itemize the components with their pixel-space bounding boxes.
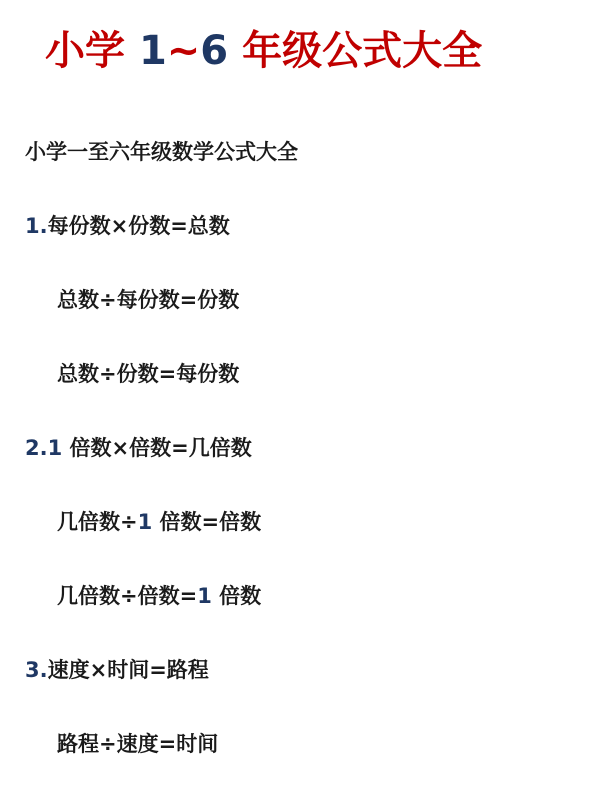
page-title: 小学 1~6 年级公式大全	[45, 28, 615, 74]
subtitle: 小学一至六年级数学公式大全	[25, 140, 615, 164]
formula-line: 路程÷速度=时间	[57, 732, 615, 756]
text-segment: 3.	[25, 658, 48, 682]
text-segment: 几倍数÷	[57, 510, 138, 534]
formula-line: 总数÷份数=每份数	[57, 362, 615, 386]
text-segment: 几倍数÷倍数=	[57, 584, 197, 608]
text-segment: 每份数×份数=总数	[48, 214, 230, 238]
formula-line: 3.速度×时间=路程	[25, 658, 615, 682]
text-segment: 年级公式大全	[228, 28, 482, 74]
text-segment: ~	[167, 28, 201, 74]
formula-line: 总数÷每份数=份数	[57, 288, 615, 312]
text-segment: 1	[139, 28, 167, 74]
document-page: 小学 1~6 年级公式大全 小学一至六年级数学公式大全 1.每份数×份数=总数总…	[0, 0, 615, 802]
text-segment: 倍数×倍数=几倍数	[62, 436, 252, 460]
formula-list: 1.每份数×份数=总数总数÷每份数=份数总数÷份数=每份数2.1 倍数×倍数=几…	[0, 214, 615, 756]
text-segment: 2.1	[25, 436, 62, 460]
text-segment: 1	[197, 584, 212, 608]
text-segment: 总数÷份数=每份数	[57, 362, 239, 386]
formula-line: 1.每份数×份数=总数	[25, 214, 615, 238]
text-segment: 倍数	[212, 584, 261, 608]
text-segment: 小学	[45, 28, 139, 74]
text-segment: 倍数=倍数	[152, 510, 261, 534]
text-segment: 1	[138, 510, 153, 534]
text-segment: 总数÷每份数=份数	[57, 288, 239, 312]
text-segment: 1.	[25, 214, 48, 238]
formula-line: 2.1 倍数×倍数=几倍数	[25, 436, 615, 460]
formula-line: 几倍数÷1 倍数=倍数	[57, 510, 615, 534]
text-segment: 6	[200, 28, 228, 74]
formula-line: 几倍数÷倍数=1 倍数	[57, 584, 615, 608]
text-segment: 路程÷速度=时间	[57, 732, 218, 756]
text-segment: 速度×时间=路程	[48, 658, 209, 682]
